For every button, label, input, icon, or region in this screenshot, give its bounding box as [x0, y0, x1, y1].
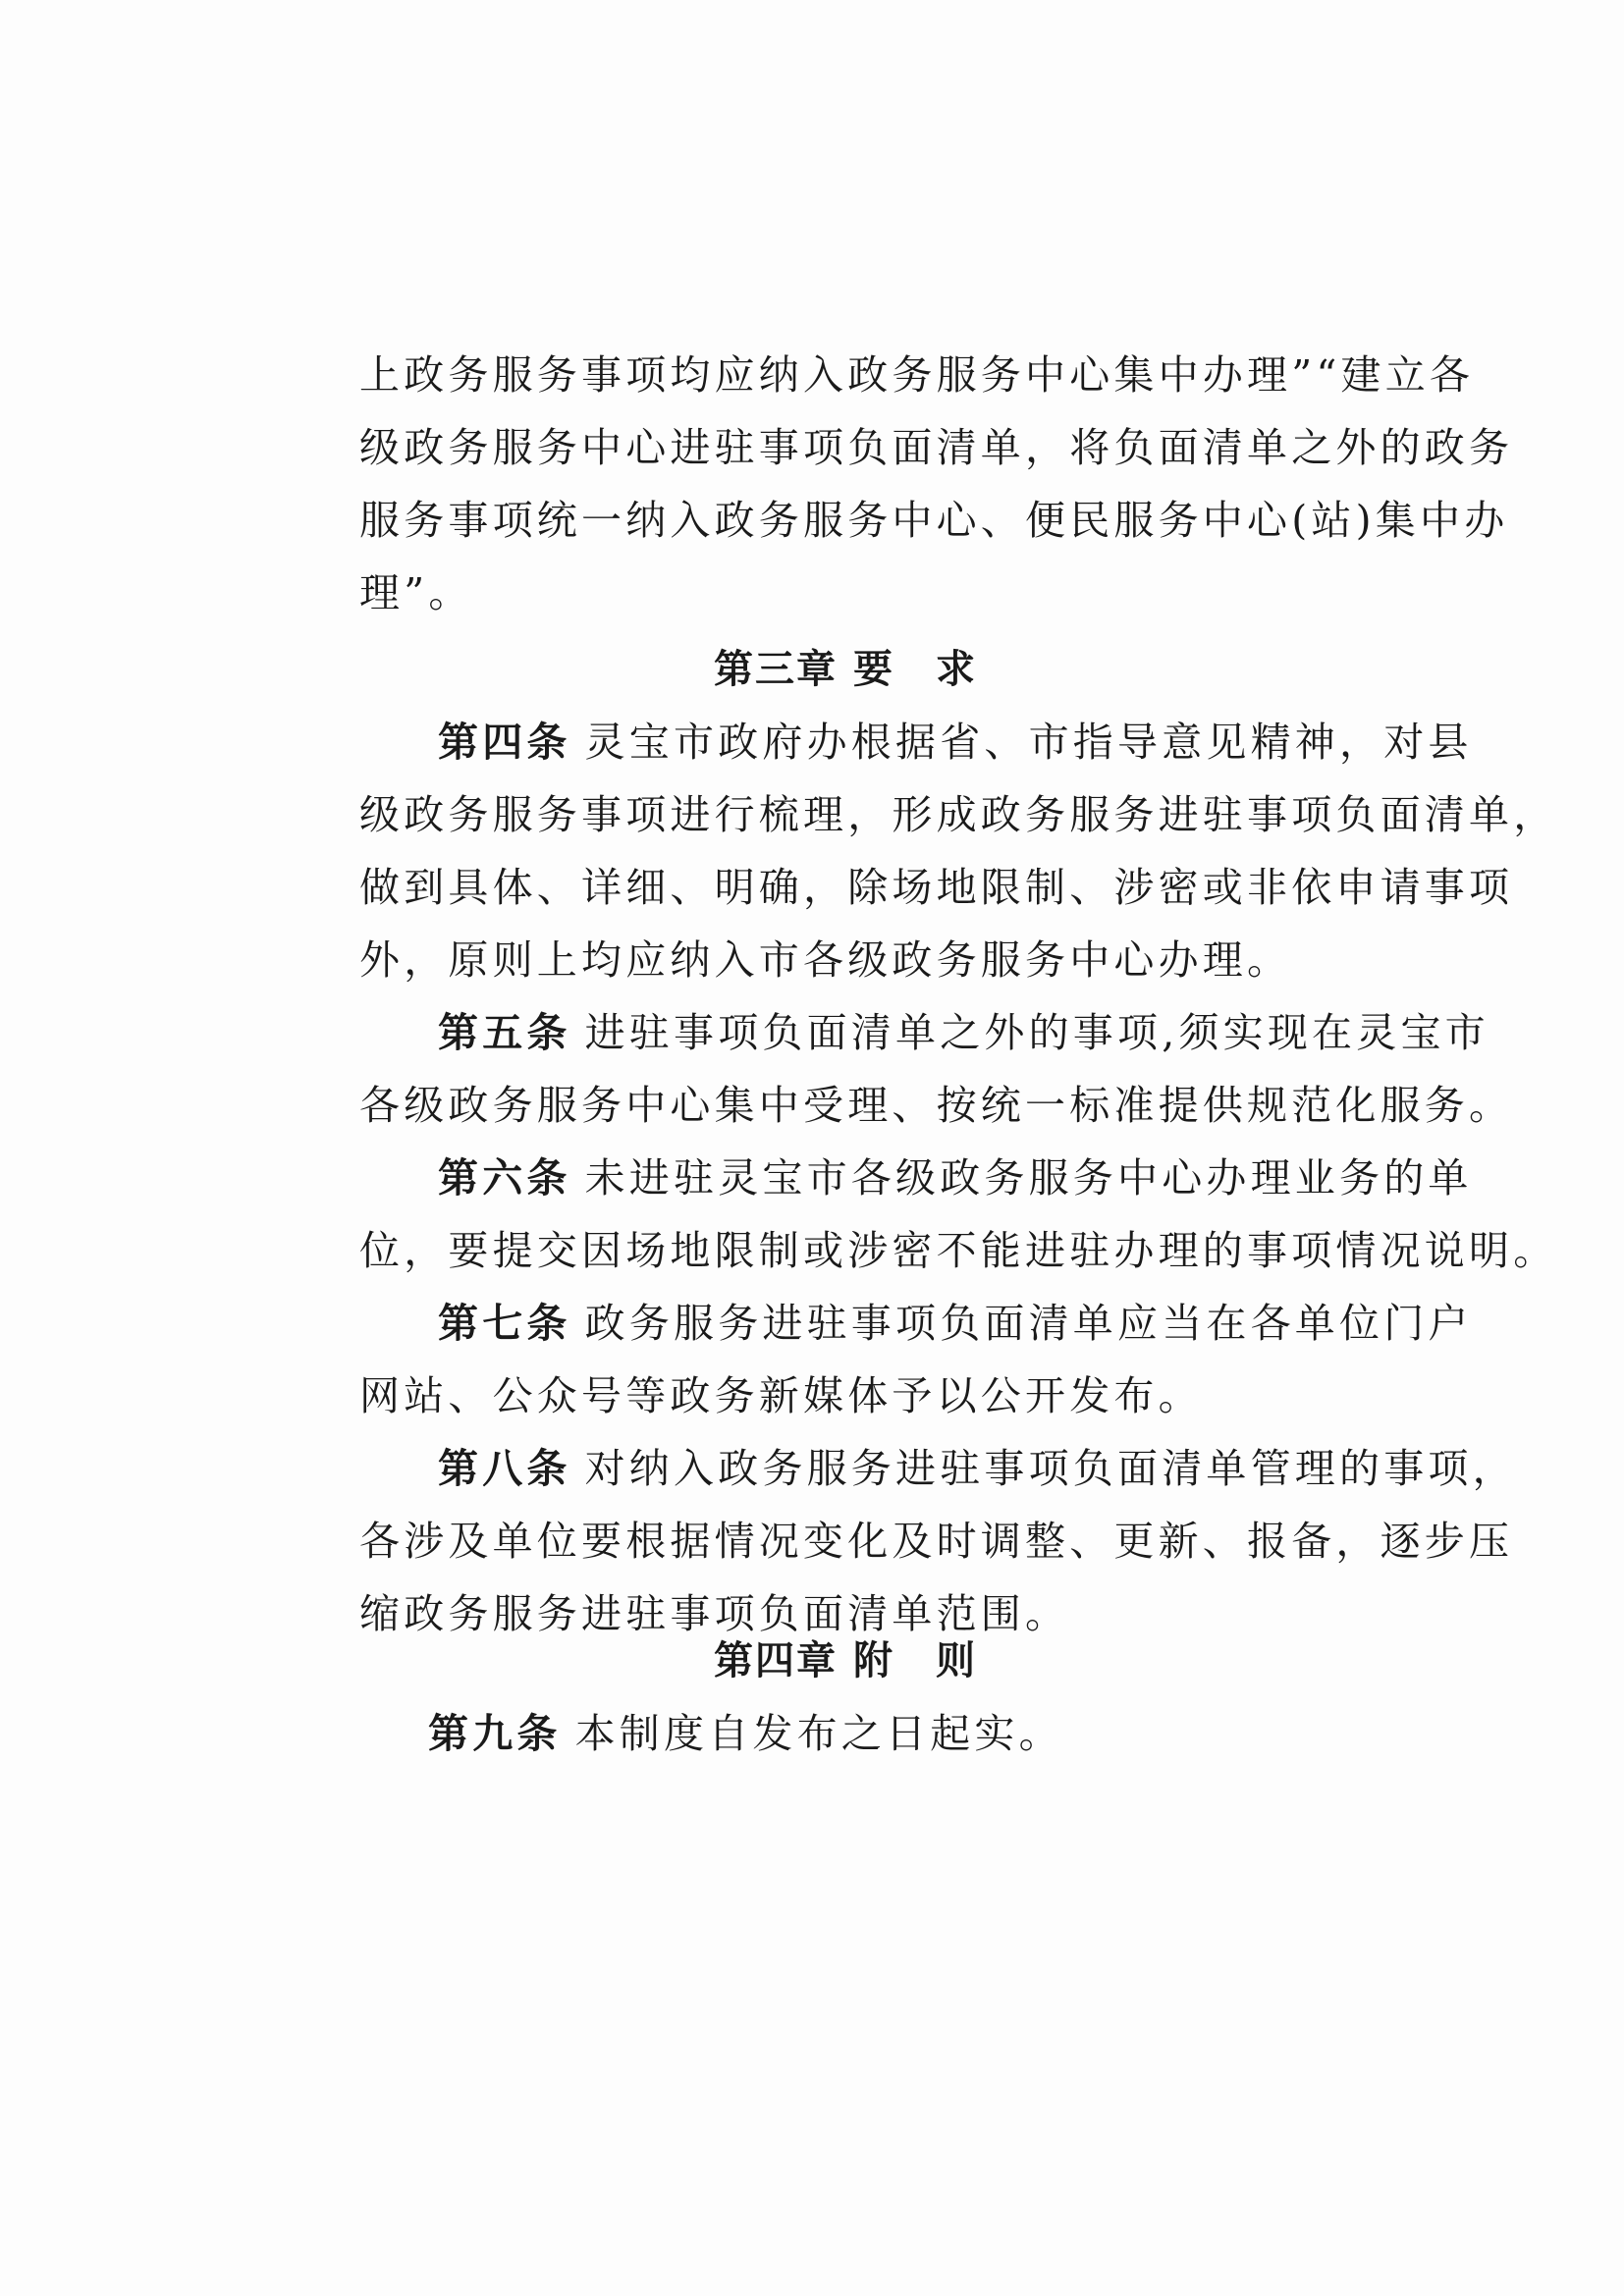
article-line: 外，原则上均应纳入市各级政务服务中心办理。	[359, 931, 1331, 989]
article-text: 政务服务进驻事项负面清单应当在各单位门户	[585, 1300, 1473, 1347]
article-9: 第九条本制度自发布之日起实。	[428, 1704, 1322, 1763]
chapter-heading-4: 第四章 附 则	[359, 1631, 1331, 1690]
article-line: 各涉及单位要根据情况变化及时调整、更新、报备，逐步压	[359, 1512, 1331, 1571]
article-label: 第六条	[438, 1154, 571, 1201]
chapter-heading-3: 第三章 要 求	[359, 640, 1331, 699]
article-label: 第八条	[438, 1445, 571, 1492]
article-line: 位，要提交因场地限制或涉密不能进驻办理的事项情况说明。	[359, 1221, 1331, 1280]
article-text: 本制度自发布之日起实。	[575, 1710, 1063, 1757]
article-8: 第八条对纳入政务服务进驻事项负面清单管理的事项，	[438, 1439, 1331, 1498]
article-7: 第七条政务服务进驻事项负面清单应当在各单位门户	[438, 1294, 1331, 1353]
article-5: 第五条进驻事项负面清单之外的事项,须实现在灵宝市	[438, 1003, 1331, 1062]
article-line: 做到具体、详细、明确，除场地限制、涉密或非依申请事项	[359, 858, 1331, 917]
article-4: 第四条灵宝市政府办根据省、市指导意见精神，对县	[438, 713, 1331, 772]
document-page: 上政务服务事项均应纳入政务服务中心集中办理”“建立各 级政务服务中心进驻事项负面…	[0, 0, 1624, 2296]
article-label: 第七条	[438, 1300, 571, 1347]
article-text: 未进驻灵宝市各级政务服务中心办理业务的单	[585, 1154, 1473, 1201]
paragraph-line: 级政务服务中心进驻事项负面清单，将负面清单之外的政务	[359, 418, 1331, 477]
article-6: 第六条未进驻灵宝市各级政务服务中心办理业务的单	[438, 1148, 1331, 1207]
paragraph-line: 服务事项统一纳入政务服务中心、便民服务中心(站)集中办	[359, 491, 1331, 550]
article-text: 对纳入政务服务进驻事项负面清单管理的事项，	[585, 1445, 1517, 1492]
article-text: 灵宝市政府办根据省、市指导意见精神，对县	[585, 719, 1473, 766]
paragraph-line: 理”。	[359, 563, 1331, 622]
article-text: 进驻事项负面清单之外的事项,须实现在灵宝市	[585, 1009, 1489, 1056]
article-line: 各级政务服务中心集中受理、按统一标准提供规范化服务。	[359, 1076, 1331, 1135]
paragraph-line: 上政务服务事项均应纳入政务服务中心集中办理”“建立各	[359, 346, 1331, 404]
article-label: 第四条	[438, 719, 571, 766]
article-line: 网站、公众号等政务新媒体予以公开发布。	[359, 1366, 1331, 1425]
article-label: 第五条	[438, 1009, 571, 1056]
article-line: 级政务服务事项进行梳理，形成政务服务进驻事项负面清单，	[359, 785, 1331, 844]
article-label: 第九条	[428, 1710, 562, 1757]
